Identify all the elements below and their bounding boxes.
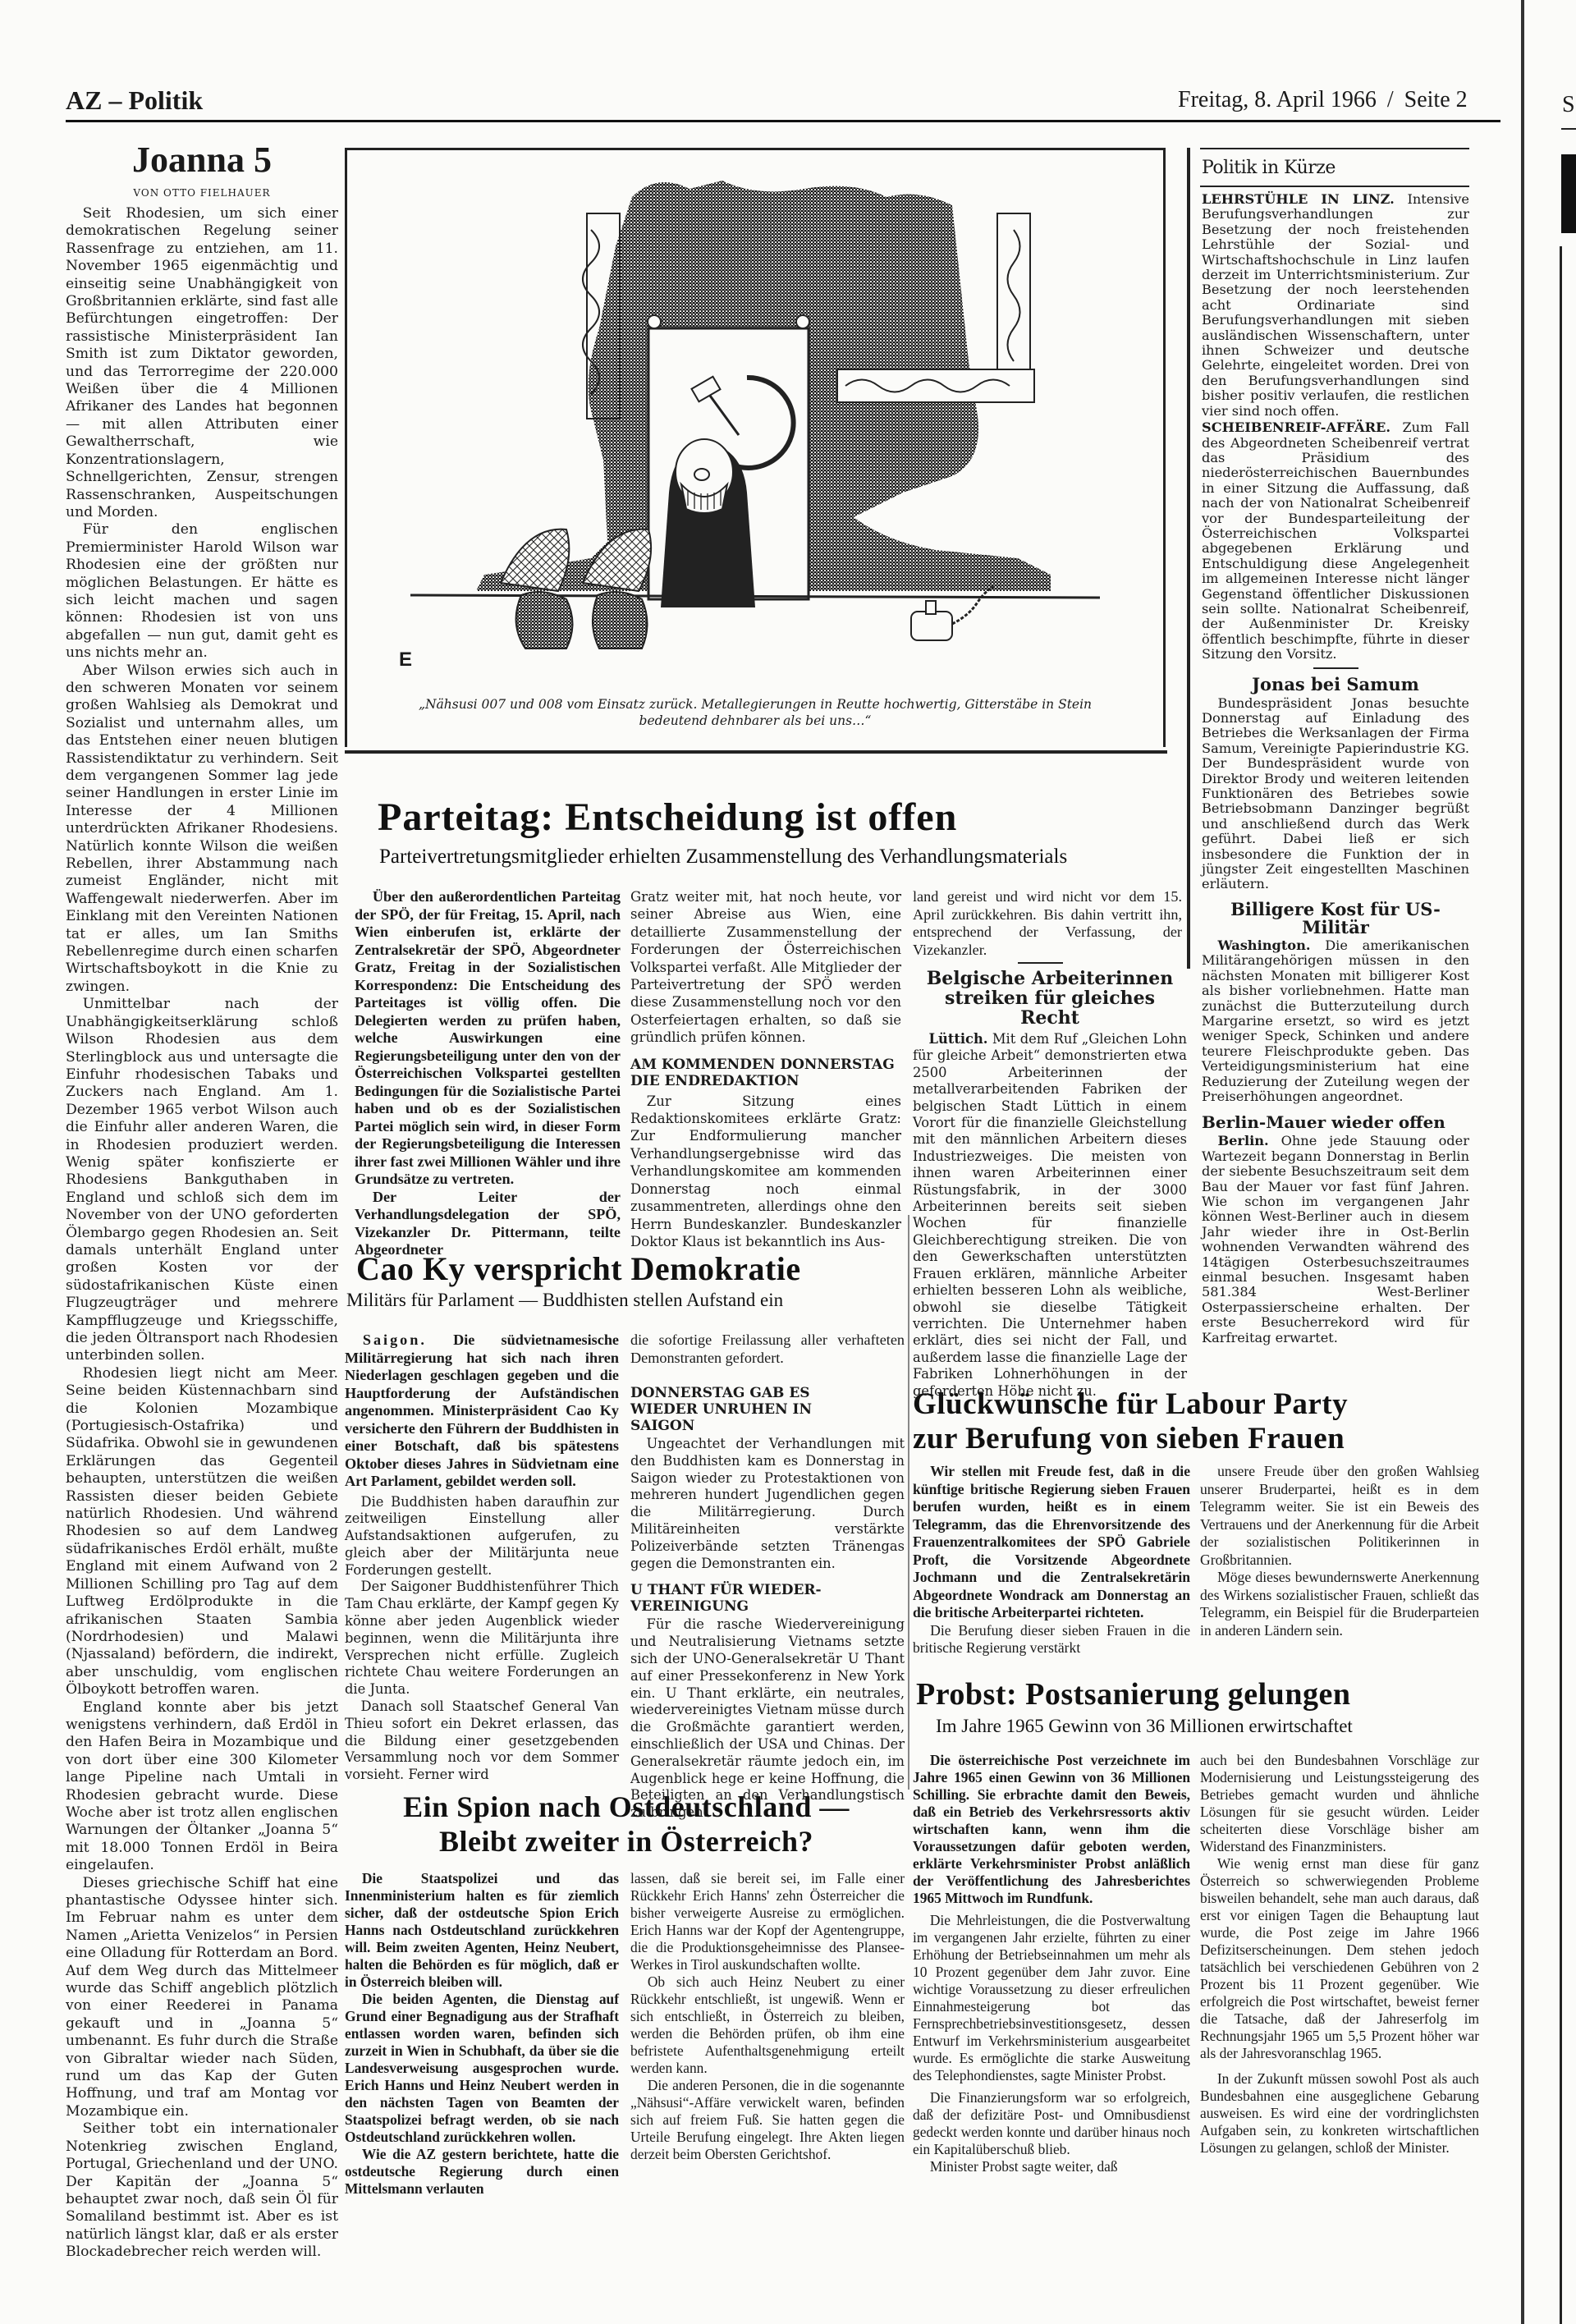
caption-line: „Nähsusi 007 und 008 vom Einsatz zurück.…: [361, 696, 1149, 713]
paragraph: Zur Sitzung eines Redaktionskomitees erk…: [630, 1093, 901, 1251]
vietnam-col2: die sofortige Freilassung aller verhafte…: [630, 1332, 905, 1822]
byline: VON OTTO FIELHAUER: [66, 187, 338, 199]
paragraph: Möge dieses bewundernswerte Anerkennung …: [1200, 1569, 1479, 1639]
cartoon-bottom-rule: [345, 750, 1167, 754]
subheading: DONNERSTAG GAB ES WIEDER UNRUHEN IN SAIG…: [630, 1385, 877, 1434]
headline-line: streiken für gleiches Recht: [913, 988, 1187, 1028]
paragraph: land gereist und wird nicht vor dem 15. …: [913, 888, 1182, 959]
kurz-item: LEHRSTÜHLE IN LINZ. Intensive Berufungsv…: [1202, 192, 1469, 419]
paragraph: Für den englischen Premierminister Harol…: [66, 521, 338, 662]
divider: [1313, 667, 1358, 669]
parteitag-headline: Parteitag: Entscheidung ist offen: [378, 795, 957, 840]
labour-col2: unsere Freude über den großen Wahlsieg u…: [1200, 1463, 1479, 1639]
paragraph: Die österreichische Post verzeichnete im…: [913, 1752, 1190, 1907]
divider: [1018, 962, 1063, 964]
dateline: Saigon.: [363, 1332, 427, 1348]
paragraph-text: Ohne jede Stauung oder Wartezeit begann …: [1202, 1133, 1469, 1345]
section-title: AZ – Politik: [66, 85, 203, 116]
paragraph: Rhodesien liegt nicht am Meer. Seine bei…: [66, 1365, 338, 1699]
us-headline: Billigere Kost für US-Militär: [1218, 901, 1453, 937]
paragraph-text: Die amerikanischen Militärangehörigen mü…: [1202, 937, 1469, 1104]
headline-line: Belgische Arbeiterinnen: [913, 969, 1187, 988]
parteitag-col1: Über den außerordentlichen Parteitag der…: [355, 888, 621, 1259]
joanna-article: Joanna 5 VON OTTO FIELHAUER Seit Rhodesi…: [66, 138, 338, 2262]
kurz-item-text: Zum Fall des Abgeordneten Scheibenreif v…: [1202, 419, 1469, 662]
paragraph: Wie wenig ernst man diese für ganz Öster…: [1200, 1855, 1479, 2062]
kurz-box-title: Politik in Kürze: [1202, 158, 1335, 178]
parteitag-subheadline: Parteivertretungsmitglieder erhielten Zu…: [379, 846, 1067, 869]
paragraph: Gratz weiter mit, hat noch heute, vor se…: [630, 888, 901, 1047]
spion-headline: Ein Spion nach Ostdeutschland — Bleibt z…: [343, 1790, 909, 1859]
paragraph: Die Finanzierungsform war so erfolgreich…: [913, 2089, 1190, 2158]
next-page-letter: S: [1562, 92, 1575, 118]
probst-headline: Probst: Postsanierung gelungen: [916, 1676, 1350, 1712]
paragraph-text: Mit dem Ruf „Gleichen Lohn für gleiche A…: [913, 1031, 1187, 1399]
paragraph: Der Saigoner Buddhistenführer Thich Tam …: [345, 1579, 619, 1698]
paragraph: auch bei den Bundesbahnen Vorschläge zur…: [1200, 1752, 1479, 1855]
page-edge-line: [1560, 246, 1562, 2324]
kurz-item-text: Intensive Berufungsverhandlungen zur Bes…: [1202, 191, 1469, 419]
paragraph: Die Berufung dieser sieben Frauen in die…: [913, 1622, 1190, 1657]
cartoon-drawing-icon: [378, 164, 1133, 657]
belgien-headline: Belgische Arbeiterinnen streiken für gle…: [913, 969, 1187, 1028]
probst-col1: Die österreichische Post verzeichnete im…: [913, 1752, 1190, 2175]
paragraph: lassen, daß sie bereit sei, im Falle ein…: [630, 1870, 905, 1973]
vietnam-col1: Saigon. Die südvietnamesische Militärreg…: [345, 1332, 619, 1784]
column-divider: [908, 1215, 909, 1790]
next-page-image: [1561, 154, 1576, 233]
probst-subheadline: Im Jahre 1965 Gewinn von 36 Millionen er…: [936, 1716, 1353, 1737]
jonas-headline: Jonas bei Samum: [1202, 674, 1469, 694]
paragraph: Berlin. Ohne jede Stauung oder Wartezeit…: [1202, 1134, 1469, 1345]
cartoon-illustration: [378, 164, 1133, 657]
paragraph: unsere Freude über den großen Wahlsieg u…: [1200, 1463, 1479, 1569]
labour-col1: Wir stellen mit Freude fest, daß in die …: [913, 1463, 1190, 1657]
article-title: Joanna 5: [66, 138, 338, 182]
paragraph: Die beiden Agenten, die Dienstag auf Gru…: [345, 1991, 619, 2146]
paragraph: Aber Wilson erwies sich auch in den schw…: [66, 662, 338, 997]
separator: /: [1387, 87, 1394, 112]
paragraph: Danach soll Staatschef General Van Thieu…: [345, 1698, 619, 1784]
dateline: Lüttich.: [929, 1031, 988, 1047]
paragraph: Die anderen Personen, die in die sogenan…: [630, 2077, 905, 2163]
paragraph: Über den außerordentlichen Parteitag der…: [355, 888, 621, 1189]
kurz-item: SCHEIBENREIF-AFFÄRE. Zum Fall des Abgeor…: [1202, 420, 1469, 662]
kurz-title-rule: [1200, 186, 1469, 187]
paragraph: Seit Rhodesien, um sich einer demokratis…: [66, 205, 338, 521]
caption-line: bedeutend dehnbarer als bei uns…“: [361, 713, 1149, 729]
issue-date: Freitag, 8. April 1966 / Seite 2: [1178, 87, 1468, 113]
paragraph: Der Leiter der Verhandlungsdelegation de…: [355, 1189, 621, 1259]
spion-col2: lassen, daß sie bereit sei, im Falle ein…: [630, 1870, 905, 2163]
kurz-box-top-rule: [1200, 148, 1469, 149]
paragraph: die sofortige Freilassung aller verhafte…: [630, 1332, 905, 1367]
cartoonist-signature: E: [399, 649, 412, 672]
masthead-rule: [66, 120, 1500, 122]
parteitag-col2: Gratz weiter mit, hat noch heute, vor se…: [630, 888, 901, 1250]
headline-line: Ein Spion nach Ostdeutschland —: [343, 1790, 909, 1824]
labour-headline: Glückwünsche für Labour Party zur Berufu…: [913, 1387, 1512, 1456]
headline-line: zur Berufung von sieben Frauen: [913, 1422, 1512, 1456]
paragraph: In der Zukunft müssen sowohl Post als au…: [1200, 2070, 1479, 2157]
vietnam-subheadline: Militärs für Parlament — Buddhisten stel…: [346, 1290, 783, 1311]
parteitag-col3: land gereist und wird nicht vor dem 15. …: [913, 888, 1182, 959]
paragraph: England konnte aber bis jetzt wenigstens…: [66, 1699, 338, 1875]
masthead: AZ – Politik Freitag, 8. April 1966 / Se…: [66, 85, 1494, 121]
date: Freitag, 8. April 1966: [1178, 87, 1377, 112]
vietnam-headline: Cao Ky verspricht Demokratie: [356, 1249, 801, 1288]
cartoon-caption: „Nähsusi 007 und 008 vom Einsatz zurück.…: [361, 696, 1149, 729]
paragraph: Lüttich. Mit dem Ruf „Gleichen Lohn für …: [913, 1031, 1187, 1400]
kurz-item-lead: LEHRSTÜHLE IN LINZ.: [1202, 191, 1395, 207]
headline-line: Bleibt zweiter in Österreich?: [343, 1824, 909, 1859]
headline-line: Glückwünsche für Labour Party: [913, 1387, 1512, 1422]
paragraph: Washington. Die amerikanischen Militäran…: [1202, 938, 1469, 1104]
paragraph: Die Buddhisten haben daraufhin zur zeitw…: [345, 1494, 619, 1579]
dateline: Washington.: [1217, 937, 1310, 953]
paragraph: Dieses griechische Schiff hat eine phant…: [66, 1875, 338, 2121]
spion-col1: Die Staatspolizei und das Innenministeri…: [345, 1870, 619, 2198]
paragraph: Die Mehrleistungen, die die Postverwaltu…: [913, 1912, 1190, 2084]
subheading: U THANT FÜR WIEDER-VEREINIGUNG: [630, 1582, 827, 1615]
subheading: AM KOMMENDEN DONNERSTAG DIE ENDREDAKTION: [630, 1057, 901, 1089]
kurz-box-frame: [1187, 148, 1190, 969]
paragraph: Ob sich auch Heinz Neubert zu einer Rück…: [630, 1973, 905, 2077]
dateline: Berlin.: [1217, 1133, 1268, 1148]
kurz-column: LEHRSTÜHLE IN LINZ. Intensive Berufungsv…: [1202, 192, 1469, 1345]
paragraph: Minister Probst sagte weiter, daß: [913, 2158, 1190, 2175]
paragraph: Ungeachtet der Verhandlungen mit den Bud…: [630, 1436, 905, 1572]
berlin-headline: Berlin-Mauer wieder offen: [1202, 1112, 1469, 1132]
paragraph: Wie die AZ gestern berichtete, hatte die…: [345, 2146, 619, 2198]
paragraph-text: Die südvietnamesische Militärregierung h…: [345, 1332, 619, 1489]
probst-col2: auch bei den Bundesbahnen Vorschläge zur…: [1200, 1752, 1479, 2157]
page-gutter-line: [1521, 0, 1524, 2324]
paragraph: Wir stellen mit Freude fest, daß in die …: [913, 1463, 1190, 1622]
next-page-rule: [1561, 128, 1576, 130]
paragraph: Seither tobt ein internationaler Notenkr…: [66, 2120, 338, 2261]
paragraph: Die Staatspolizei und das Innenministeri…: [345, 1870, 619, 1991]
belgien-article: Belgische Arbeiterinnen streiken für gle…: [913, 969, 1187, 1400]
paragraph: Unmittelbar nach der Unabhängigkeitserkl…: [66, 996, 338, 1365]
page-number: Seite 2: [1404, 87, 1468, 112]
kurz-item-lead: SCHEIBENREIF-AFFÄRE.: [1202, 419, 1390, 435]
paragraph: Bundespräsident Jonas besuchte Donnersta…: [1202, 696, 1469, 892]
paragraph: Saigon. Die südvietnamesische Militärreg…: [345, 1332, 619, 1491]
